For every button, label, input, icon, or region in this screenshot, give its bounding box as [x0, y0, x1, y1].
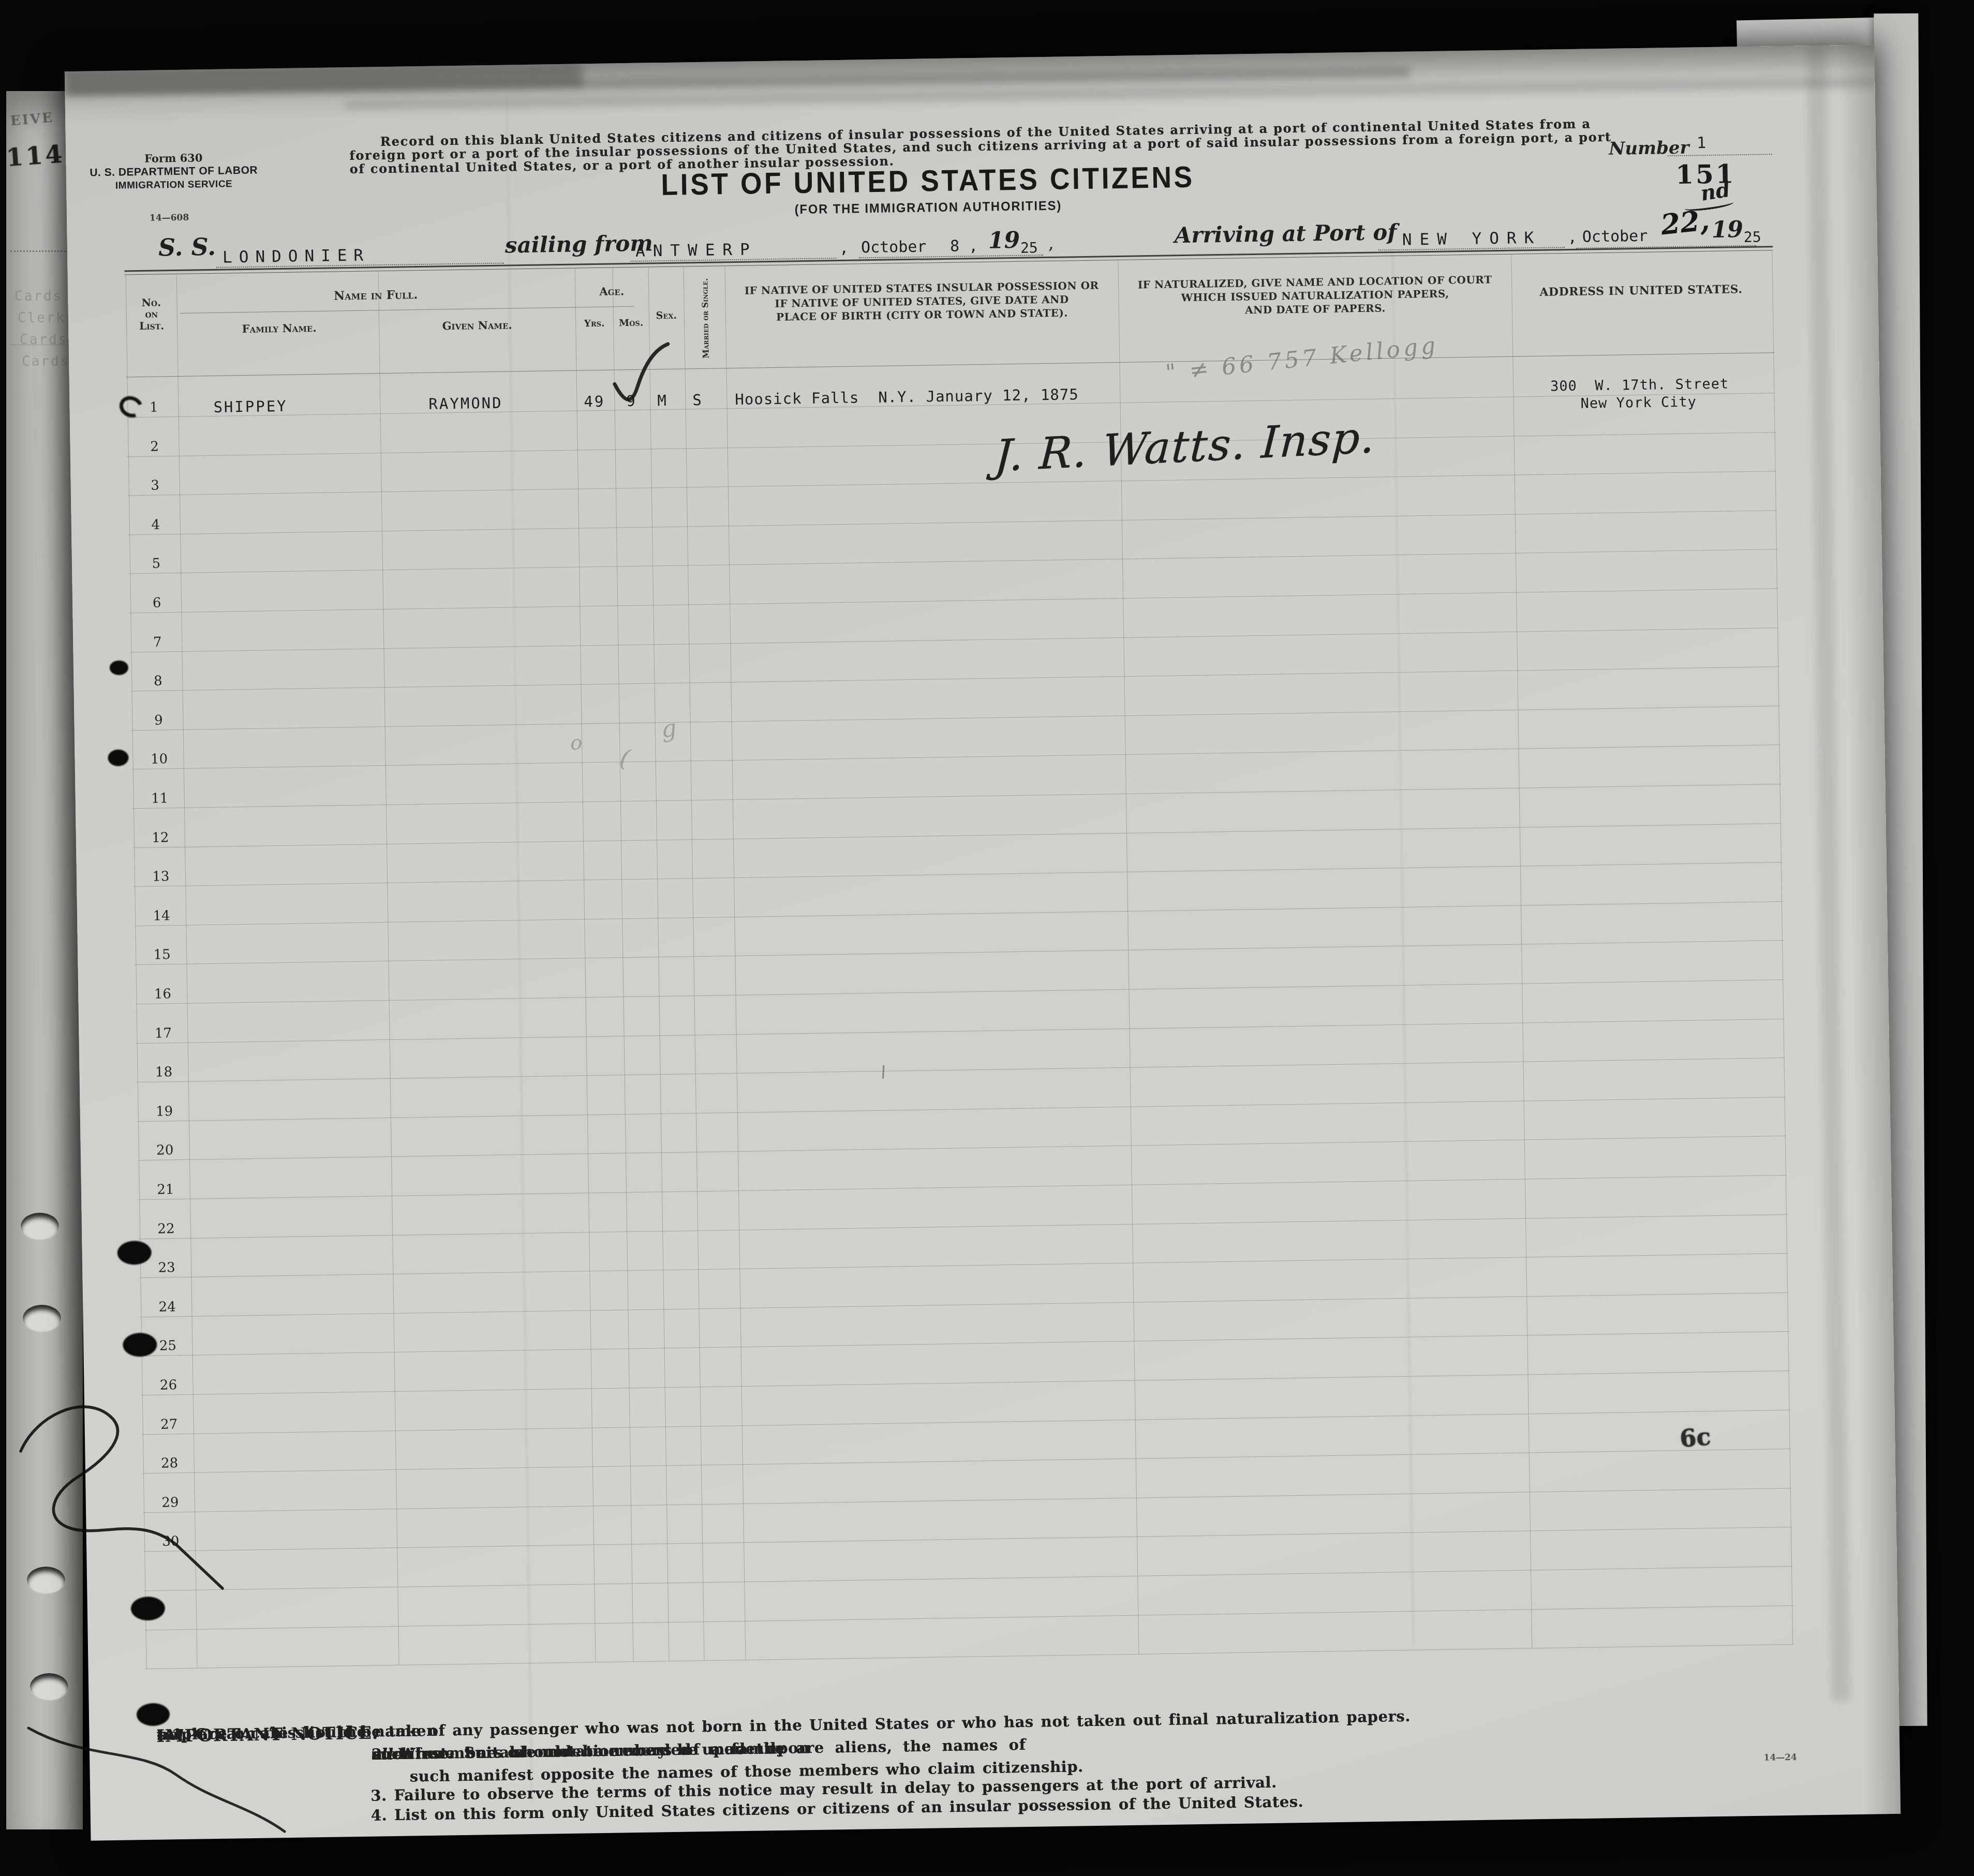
strip-ghost-word: Cards: [20, 332, 68, 348]
important-notice-block: IMPORTANT NOTICE.—1. Great care should b…: [65, 44, 1901, 1841]
strip-stamp-fragment: EIVE: [10, 110, 54, 129]
loose-thread: [5, 1366, 305, 1863]
scanned-manifest-page: EIVE 1147( Cards Clerk Cards Cards Form …: [0, 0, 1974, 1876]
punch-hole: [21, 1213, 59, 1240]
notice-text-segment: to place on this list the name of any pa…: [156, 1707, 1411, 1744]
punch-hole: [23, 1305, 61, 1332]
notice-text-segment: manifest. Suitable notation may be made …: [372, 1739, 810, 1763]
strip-ghost-word: Clerk: [18, 310, 66, 326]
strip-ghost-word: Cards: [22, 354, 70, 369]
strip-ghost-word: Cards: [14, 289, 63, 304]
edition-code-bottom: 14—24: [1763, 1752, 1797, 1763]
manifest-sheet: Form 630 U. S. DEPARTMENT OF LABOR IMMIG…: [65, 44, 1901, 1841]
